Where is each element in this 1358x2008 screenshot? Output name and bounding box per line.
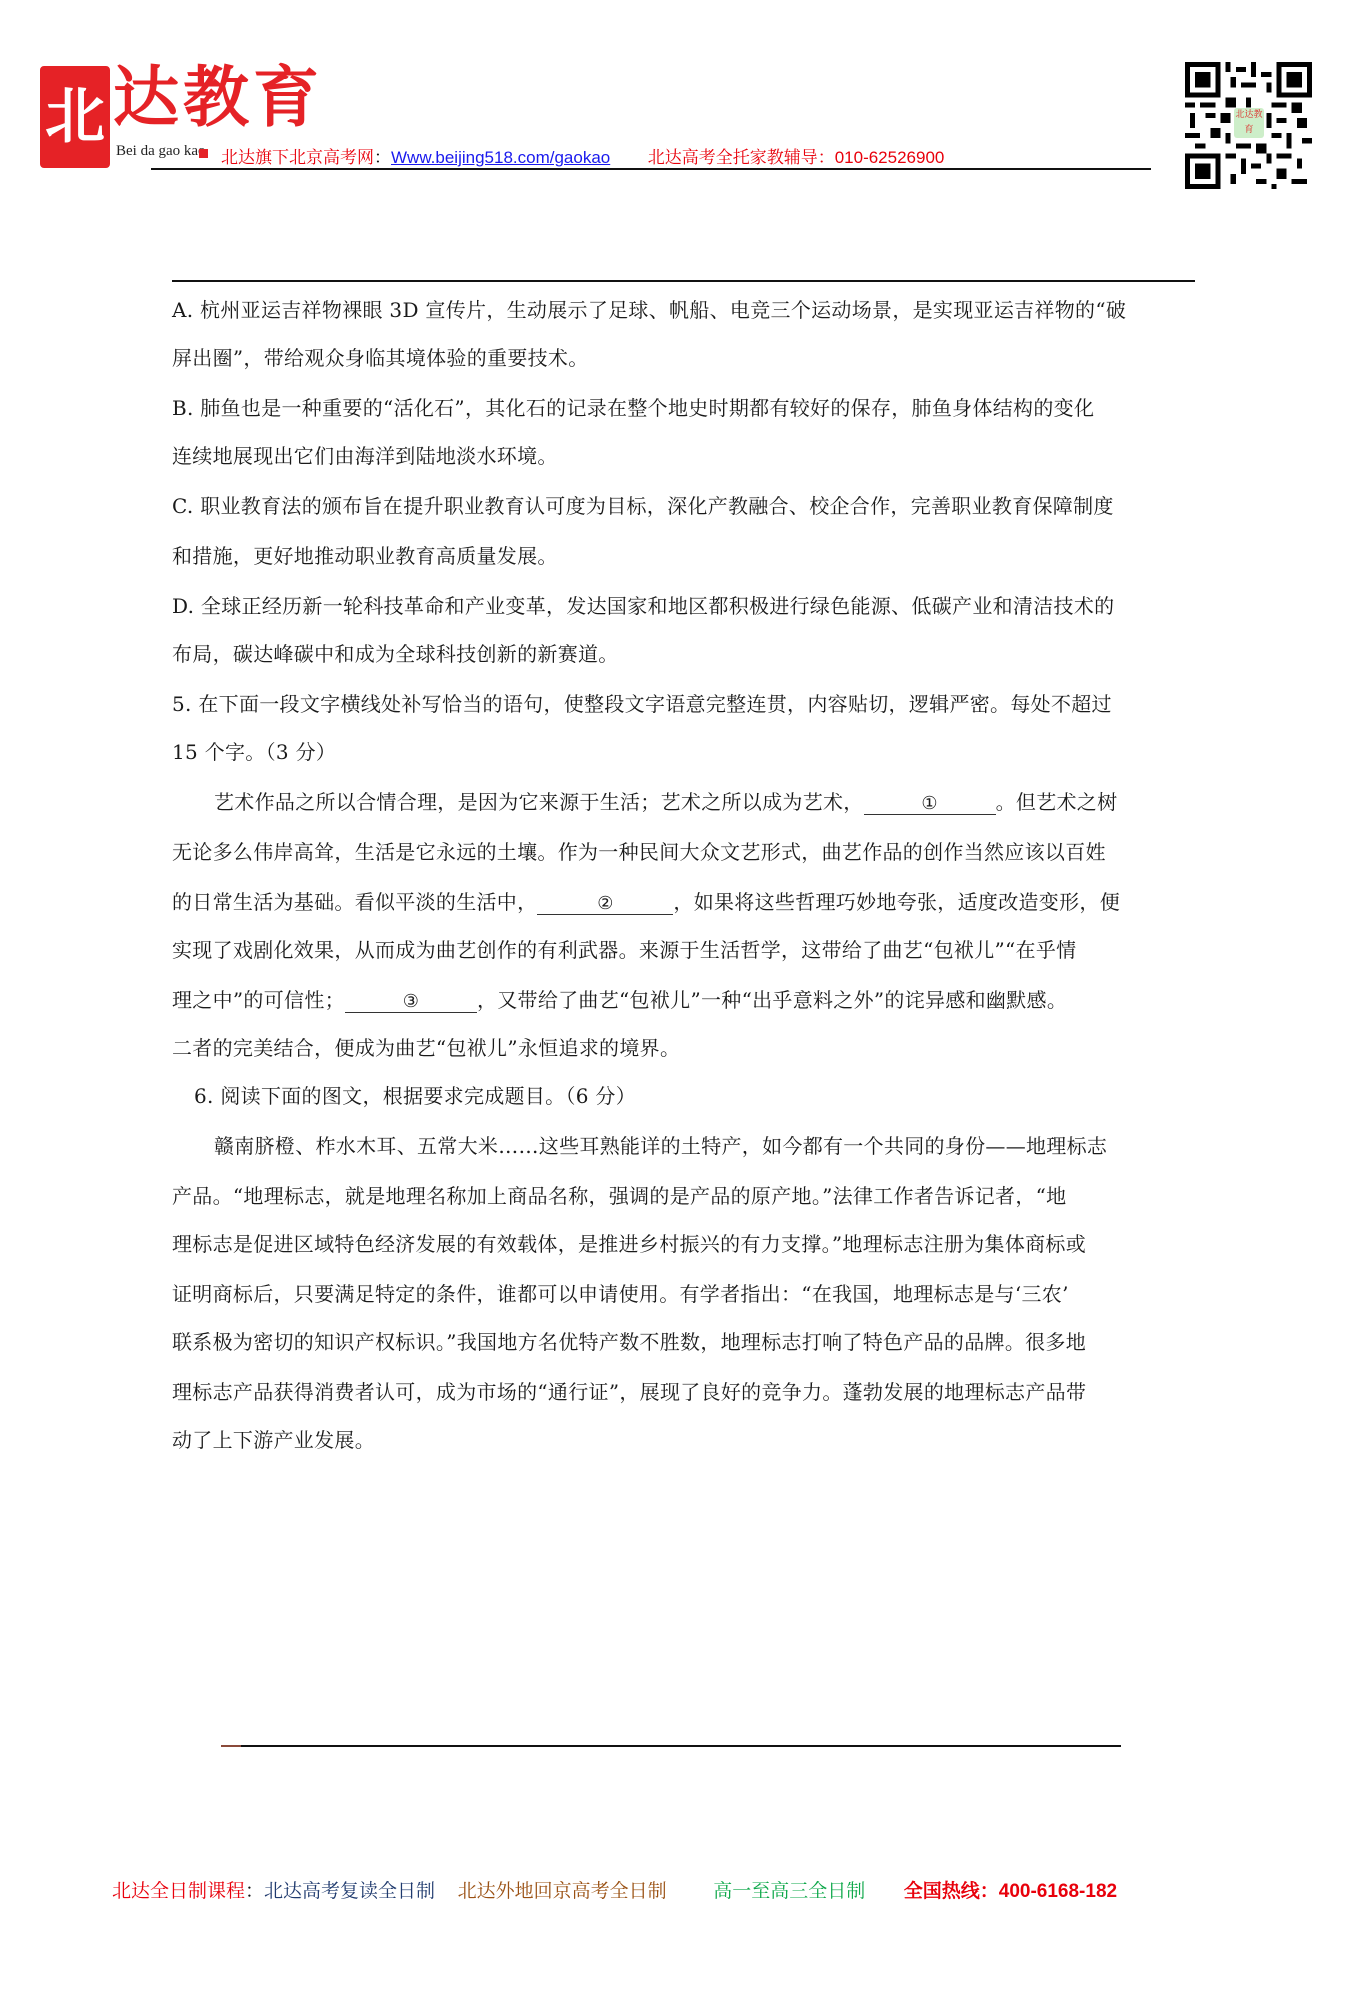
qr-char: 达 bbox=[1244, 111, 1253, 121]
q5-text: ，如果将这些哲理巧妙地夸张，适度改造变形，便 bbox=[673, 890, 1120, 914]
option-d-line1: D. 全球正经历新一轮科技革命和产业变革，发达国家和地区都积极进行绿色能源、低碳… bbox=[172, 594, 1197, 618]
logo-char: 北 bbox=[45, 87, 105, 147]
site-label: 北达旗下北京高考网 bbox=[221, 148, 374, 167]
option-a-line2: 屏出圈”，带给观众身临其境体验的重要技术。 bbox=[172, 346, 1197, 370]
option-b-line2: 连续地展现出它们由海洋到陆地淡水环境。 bbox=[172, 444, 1197, 468]
logo-text: 达教育 bbox=[113, 64, 323, 130]
hotline: 全国热线：400-6168-182 bbox=[904, 1881, 1117, 1902]
question-5-stem-cont: 15 个字。（3 分） bbox=[172, 740, 1197, 764]
q5-passage-line6: 二者的完美结合，便成为曲艺“包袱儿”永恒追求的境界。 bbox=[172, 1036, 1197, 1060]
q5-passage-line4: 实现了戏剧化效果，从而成为曲艺创作的有利武器。来源于生活哲学，这带给了曲艺“包袱… bbox=[172, 938, 1197, 962]
course-2: 北达外地回京高考全日制 bbox=[458, 1881, 667, 1902]
q6-passage-line6: 理标志产品获得消费者认可，成为市场的“通行证”，展现了良好的竞争力。蓬勃发展的地… bbox=[172, 1380, 1197, 1404]
logo-mark: 北 bbox=[40, 66, 110, 168]
blank-3[interactable]: ③ bbox=[345, 992, 477, 1013]
tutor-label: 北达高考全托家教辅导：010-62526900 bbox=[648, 148, 945, 167]
q5-passage-line1: 艺术作品之所以合情合理，是因为它来源于生活；艺术之所以成为艺术，①。但艺术之树 bbox=[214, 790, 1239, 815]
option-c-line1: C. 职业教育法的颁布旨在提升职业教育认可度为目标，深化产教融合、校企合作，完善… bbox=[172, 494, 1197, 518]
q5-passage-line5: 理之中”的可信性；③，又带给了曲艺“包袱儿”一种“出乎意料之外”的诧异感和幽默感… bbox=[172, 988, 1197, 1013]
option-b-line1: B. 肺鱼也是一种重要的“活化石”，其化石的记录在整个地史时期都有较好的保存，肺… bbox=[172, 396, 1197, 420]
q6-passage-line4: 证明商标后，只要满足特定的条件，谁都可以申请使用。有学者指出：“在我国，地理标志… bbox=[172, 1282, 1197, 1306]
q6-passage-line1: 赣南脐橙、柞水木耳、五常大米……这些耳熟能详的土特产，如今都有一个共同的身份——… bbox=[214, 1134, 1239, 1158]
colon: ： bbox=[245, 1881, 264, 1902]
blank-1[interactable]: ① bbox=[864, 794, 996, 815]
qr-char: 北 bbox=[1235, 111, 1244, 121]
q6-passage-line5: 联系极为密切的知识产权标识。”我国地方名优特产数不胜数，地理标志打响了特色产品的… bbox=[172, 1330, 1197, 1354]
q5-text: ，又带给了曲艺“包袱儿”一种“出乎意料之外”的诧异感和幽默感。 bbox=[477, 988, 1067, 1012]
qr-logo: 北 达 教 育 bbox=[1234, 108, 1264, 138]
q5-text: 的日常生活为基础。看似平淡的生活中， bbox=[172, 890, 537, 914]
footer-divider bbox=[241, 1745, 1121, 1747]
content-top-divider bbox=[172, 280, 1195, 282]
courses-label: 北达全日制课程 bbox=[112, 1881, 245, 1902]
qr-char: 育 bbox=[1244, 126, 1253, 136]
q5-text: 理之中”的可信性； bbox=[172, 988, 345, 1012]
option-d-line2: 布局，碳达峰碳中和成为全球科技创新的新赛道。 bbox=[172, 642, 1197, 666]
header-divider bbox=[151, 168, 1151, 170]
site-link[interactable]: Www.beijing518.com/gaokao bbox=[391, 148, 610, 167]
option-a-line1: A. 杭州亚运吉祥物裸眼 3D 宣传片，生动展示了足球、帆船、电竞三个运动场景，… bbox=[172, 298, 1197, 322]
question-5-stem: 5. 在下面一段文字横线处补写恰当的语句，使整段文字语意完整连贯，内容贴切，逻辑… bbox=[172, 692, 1197, 716]
option-c-line2: 和措施，更好地推动职业教育高质量发展。 bbox=[172, 544, 1197, 568]
q5-text: 。但艺术之树 bbox=[996, 790, 1118, 814]
qr-char: 教 bbox=[1254, 111, 1263, 121]
q5-text: 艺术作品之所以合情合理，是因为它来源于生活；艺术之所以成为艺术， bbox=[214, 790, 864, 814]
logo-subtitle: Bei da gao kao bbox=[116, 143, 206, 160]
header-info: 北达旗下北京高考网：Www.beijing518.com/gaokao 北达高考… bbox=[221, 143, 944, 168]
q6-passage-line3: 理标志是促进区域特色经济发展的有效载体，是推进乡村振兴的有力支撑。”地理标志注册… bbox=[172, 1232, 1197, 1256]
square-bullet-icon bbox=[199, 149, 208, 158]
course-3: 高一至高三全日制 bbox=[713, 1881, 865, 1902]
q6-passage-line2: 产品。“地理标志，就是地理名称加上商品名称，强调的是产品的原产地。”法律工作者告… bbox=[172, 1184, 1197, 1208]
course-1: 北达高考复读全日制 bbox=[264, 1881, 435, 1902]
question-6-stem: 6. 阅读下面的图文，根据要求完成题目。（6 分） bbox=[194, 1084, 1219, 1108]
footer-banner: 北达全日制课程：北达高考复读全日制 北达外地回京高考全日制 高一至高三全日制 全… bbox=[112, 1876, 1117, 1903]
colon: ： bbox=[374, 148, 391, 167]
q5-passage-line3: 的日常生活为基础。看似平淡的生活中，②，如果将这些哲理巧妙地夸张，适度改造变形，… bbox=[172, 890, 1197, 915]
q5-passage-line2: 无论多么伟岸高耸，生活是它永远的土壤。作为一种民间大众文艺形式，曲艺作品的创作当… bbox=[172, 840, 1197, 864]
q6-passage-line7: 动了上下游产业发展。 bbox=[172, 1428, 1197, 1452]
blank-2[interactable]: ② bbox=[537, 894, 673, 915]
